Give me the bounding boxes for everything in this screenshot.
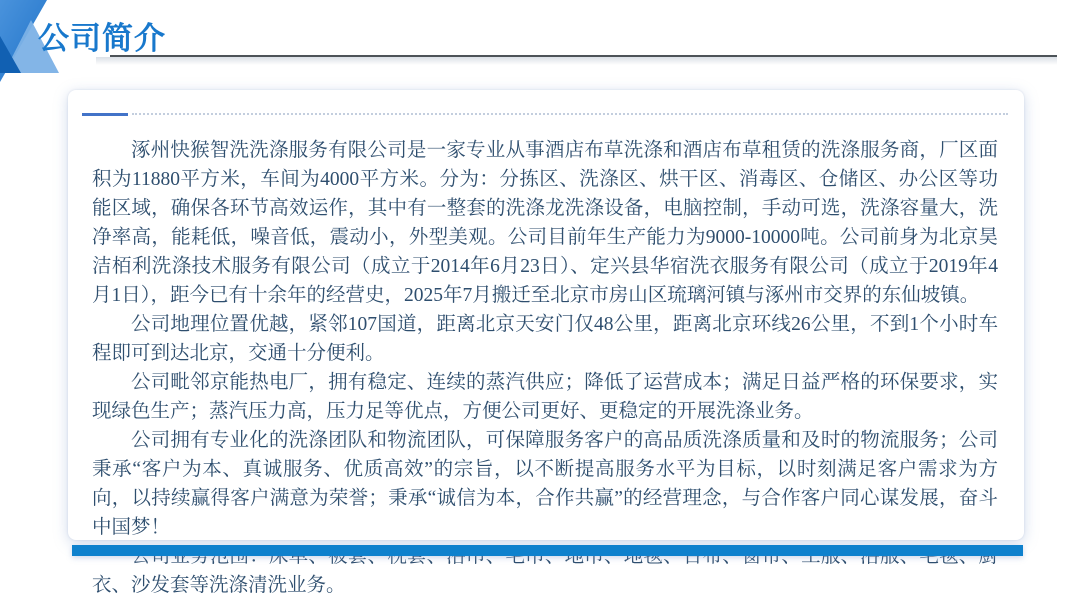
body-paragraph: 公司毗邻京能热电厂，拥有稳定、连续的蒸汽供应；降低了运营成本；满足日益严格的环保… [92, 368, 998, 426]
body-paragraph: 公司地理位置优越，紧邻107国道，距离北京天安门仅48公里，距离北京环线26公里… [92, 310, 998, 368]
slide: 公司简介 涿州快猴智洗洗涤服务有限公司是一家专业从事酒店布草洗涤和酒店布草租赁的… [0, 0, 1080, 607]
title-underline [110, 55, 1057, 57]
company-intro-text: 涿州快猴智洗洗涤服务有限公司是一家专业从事酒店布草洗涤和酒店布草租赁的洗涤服务商… [92, 136, 998, 600]
body-paragraph: 公司拥有专业化的洗涤团队和物流团队，可保障服务客户的高品质洗涤质量和及时的物流服… [92, 426, 998, 542]
bottom-accent-bar [72, 545, 1023, 556]
page-title: 公司简介 [38, 20, 166, 58]
divider-dotted-line [132, 113, 1008, 115]
divider-solid-segment [82, 113, 128, 116]
content-card: 涿州快猴智洗洗涤服务有限公司是一家专业从事酒店布草洗涤和酒店布草租赁的洗涤服务商… [68, 90, 1024, 540]
dotted-divider [82, 112, 1008, 116]
title-underline-shadow [96, 57, 1057, 65]
body-paragraph: 涿州快猴智洗洗涤服务有限公司是一家专业从事酒店布草洗涤和酒店布草租赁的洗涤服务商… [92, 136, 998, 310]
